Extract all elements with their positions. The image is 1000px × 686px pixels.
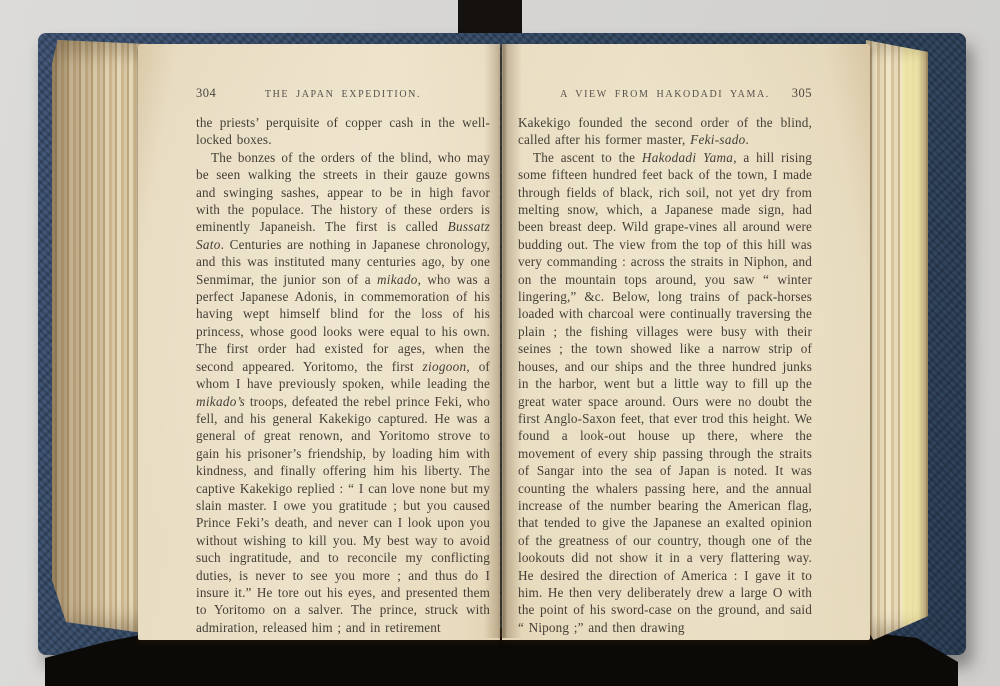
paragraph: Kakekigo founded the second order of the… xyxy=(518,114,812,149)
left-page-number: 304 xyxy=(196,86,230,101)
right-page-number: 305 xyxy=(778,86,812,101)
right-header-title: A VIEW FROM HAKODADI YAMA. xyxy=(552,89,778,100)
paragraph: The ascent to the Hakodadi Yama, a hill … xyxy=(518,149,812,636)
right-page: A VIEW FROM HAKODADI YAMA. 305 Kakekigo … xyxy=(502,44,870,640)
paragraph: the priests’ perquisite of copper cash i… xyxy=(196,114,490,149)
left-header-title: THE JAPAN EXPEDITION. xyxy=(230,89,456,100)
paragraph: The bonzes of the orders of the blind, w… xyxy=(196,149,490,636)
left-page-text: the priests’ perquisite of copper cash i… xyxy=(196,114,490,636)
right-running-header: A VIEW FROM HAKODADI YAMA. 305 xyxy=(518,86,812,101)
photo-background: 304 THE JAPAN EXPEDITION. the priests’ p… xyxy=(0,0,1000,686)
page-edges-right xyxy=(866,40,928,640)
left-page: 304 THE JAPAN EXPEDITION. the priests’ p… xyxy=(138,44,500,640)
right-page-text: Kakekigo founded the second order of the… xyxy=(518,114,812,636)
left-running-header: 304 THE JAPAN EXPEDITION. xyxy=(196,86,490,101)
